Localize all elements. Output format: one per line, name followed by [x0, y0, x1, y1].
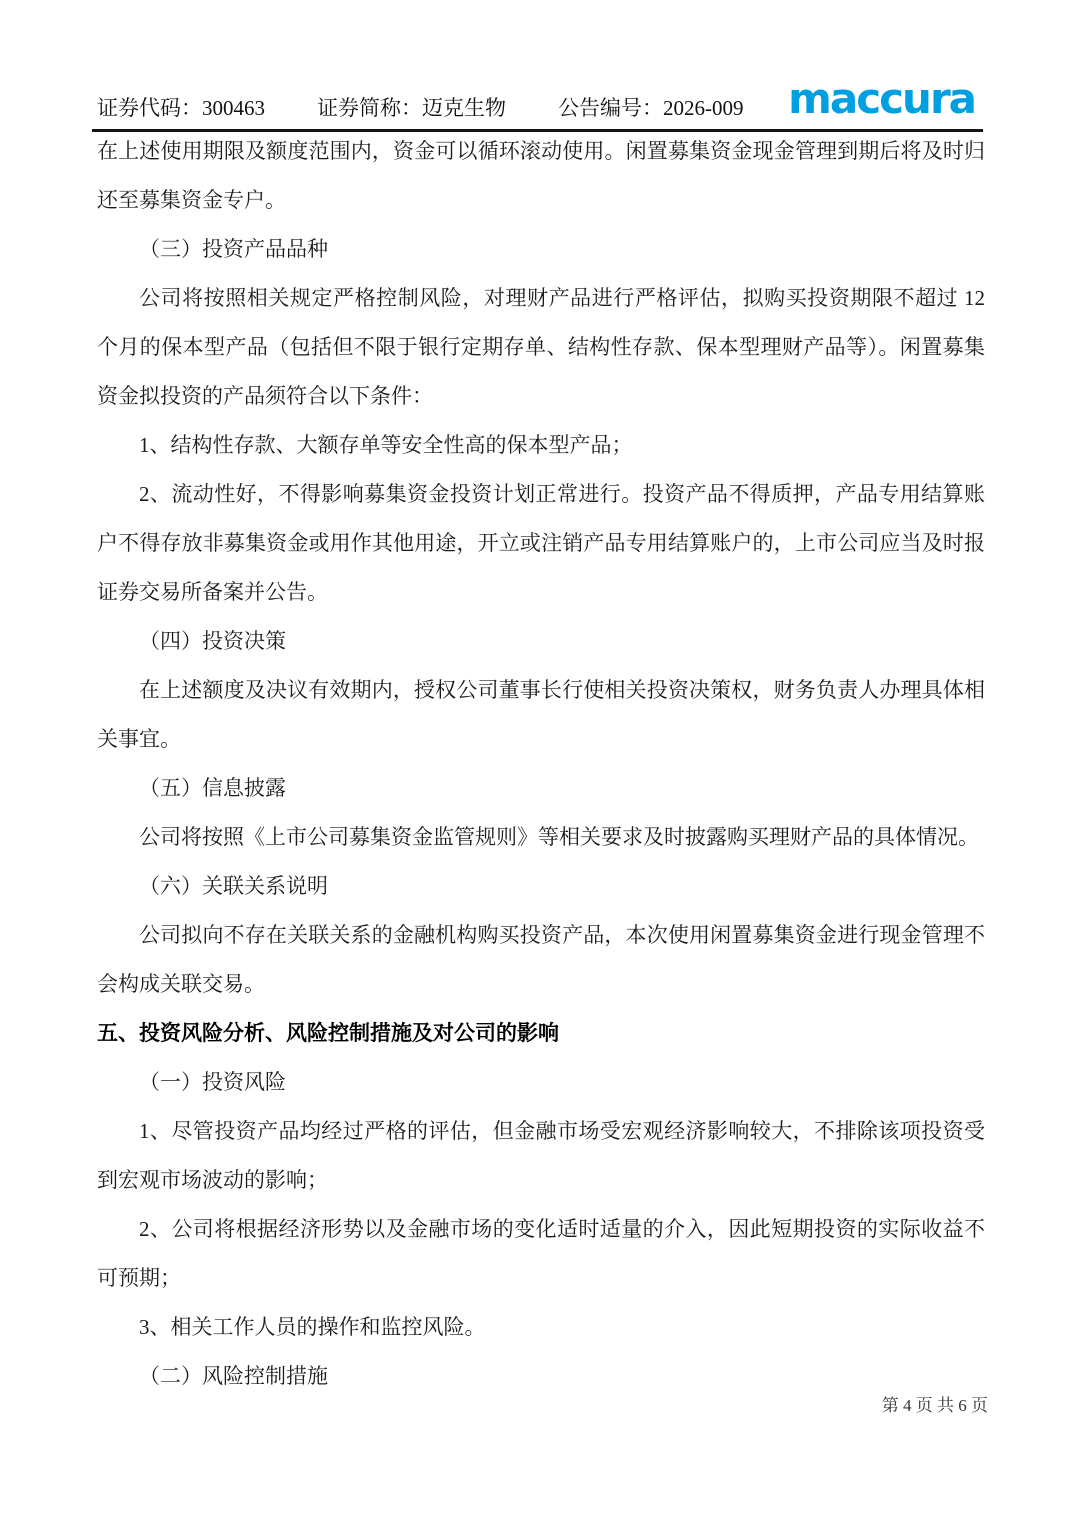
paragraph: 2、公司将根据经济形势以及金融市场的变化适时适量的介入，因此短期投资的实际收益不… — [97, 1205, 985, 1303]
securities-abbreviation-value: 迈克生物 — [422, 96, 506, 120]
announcement-number-value: 2026-009 — [663, 96, 744, 120]
paragraph: （二）风险控制措施 — [97, 1352, 985, 1401]
paragraph: 1、尽管投资产品均经过严格的评估，但金融市场受宏观经济影响较大，不排除该项投资受… — [97, 1107, 985, 1205]
paragraph: 3、相关工作人员的操作和监控风险。 — [97, 1303, 985, 1352]
announcement-number: 公告编号：2026-009 — [558, 95, 744, 121]
page-number: 第 4 页 共 6 页 — [882, 1396, 988, 1416]
paragraph: （四）投资决策 — [97, 617, 985, 666]
securities-abbreviation-label: 证券简称： — [317, 96, 422, 120]
paragraph: 2、流动性好，不得影响募集资金投资计划正常进行。投资产品不得质押，产品专用结算账… — [97, 470, 985, 617]
section-heading: 五、投资风险分析、风险控制措施及对公司的影响 — [97, 1009, 985, 1058]
paragraph: 在上述额度及决议有效期内，授权公司董事长行使相关投资决策权，财务负责人办理具体相… — [97, 666, 985, 764]
document-page: 证券代码：300463 证券简称：迈克生物 公告编号：2026-009 macc… — [0, 0, 1080, 1527]
paragraph: 公司将按照《上市公司募集资金监管规则》等相关要求及时披露购买理财产品的具体情况。 — [97, 813, 985, 862]
securities-code-value: 300463 — [202, 96, 265, 120]
securities-code-label: 证券代码： — [97, 96, 202, 120]
company-logo: maccura — [788, 82, 975, 116]
paragraph: （一）投资风险 — [97, 1058, 985, 1107]
paragraph: （三）投资产品品种 — [97, 225, 985, 274]
paragraph: （五）信息披露 — [97, 764, 985, 813]
securities-abbreviation: 证券简称：迈克生物 — [317, 95, 506, 121]
paragraph: 1、结构性存款、大额存单等安全性高的保本型产品； — [97, 421, 985, 470]
paragraph: 在上述使用期限及额度范围内，资金可以循环滚动使用。闲置募集资金现金管理到期后将及… — [97, 127, 985, 225]
securities-code: 证券代码：300463 — [97, 95, 265, 121]
paragraph: （六）关联关系说明 — [97, 862, 985, 911]
paragraph: 公司拟向不存在关联关系的金融机构购买投资产品，本次使用闲置募集资金进行现金管理不… — [97, 911, 985, 1009]
announcement-number-label: 公告编号： — [558, 96, 663, 120]
paragraph: 公司将按照相关规定严格控制风险，对理财产品进行严格评估，拟购买投资期限不超过 1… — [97, 274, 985, 421]
document-body: 在上述使用期限及额度范围内，资金可以循环滚动使用。闲置募集资金现金管理到期后将及… — [97, 127, 985, 1401]
document-header: 证券代码：300463 证券简称：迈克生物 公告编号：2026-009 — [97, 95, 744, 121]
